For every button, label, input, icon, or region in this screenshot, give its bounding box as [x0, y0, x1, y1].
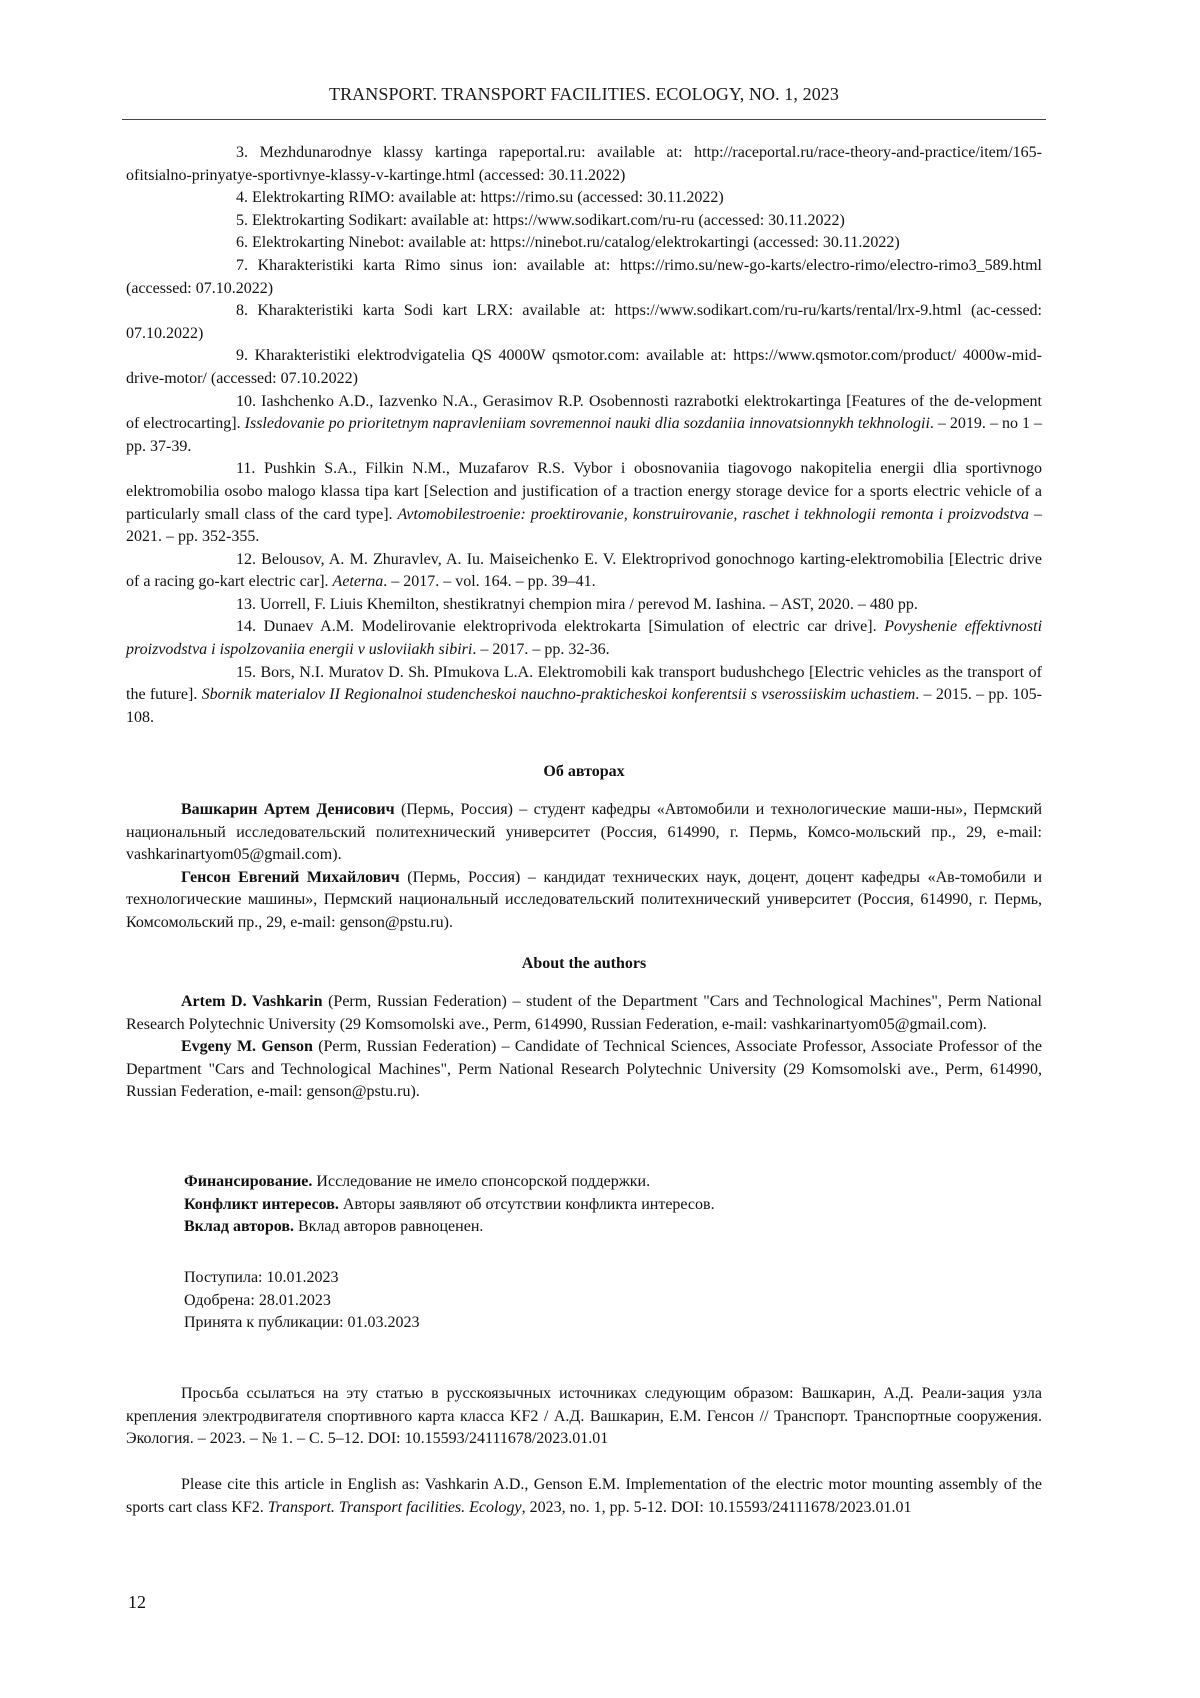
about-authors-ru: Вашкарин Артем Денисович (Пермь, Россия)…: [126, 799, 1042, 935]
author-bio: Artem D. Vashkarin (Perm, Russian Federa…: [126, 991, 1042, 1036]
page-number: 12: [128, 1592, 146, 1613]
author-name: Генсон Евгений Михайлович: [181, 869, 400, 886]
author-bio: Генсон Евгений Михайлович (Пермь, Россия…: [126, 867, 1042, 935]
author-name: Вашкарин Артем Денисович: [181, 801, 395, 818]
reference-item: 7. Kharakteristiki karta Rimo sinus ion:…: [126, 255, 1042, 300]
author-bio: Вашкарин Артем Денисович (Пермь, Россия)…: [126, 799, 1042, 867]
about-authors-en: Artem D. Vashkarin (Perm, Russian Federa…: [126, 991, 1042, 1104]
declarations: Финансирование. Исследование не имело сп…: [184, 1171, 1044, 1239]
author-name: Evgeny M. Genson: [181, 1038, 313, 1055]
citation-en: Please cite this article in English as: …: [126, 1474, 1042, 1519]
reference-item: 4. Elektrokarting RIMO: available at: ht…: [126, 187, 1042, 210]
declaration-conflict: Конфликт интересов. Авторы заявляют об о…: [184, 1194, 1044, 1217]
header-rule: [122, 119, 1046, 120]
reference-item: 14. Dunaev A.M. Modelirovanie elektropri…: [126, 616, 1042, 661]
about-authors-ru-title: Об авторах: [126, 763, 1042, 781]
running-head: TRANSPORT. TRANSPORT FACILITIES. ECOLOGY…: [126, 84, 1042, 105]
declaration-funding: Финансирование. Исследование не имело сп…: [184, 1171, 1044, 1194]
date-accepted: Принята к публикации: 01.03.2023: [184, 1312, 1044, 1335]
reference-item: 15. Bors, N.I. Muratov D. Sh. PImukova L…: [126, 662, 1042, 730]
reference-item: 8. Kharakteristiki karta Sodi kart LRX: …: [126, 300, 1042, 345]
reference-item: 13. Uorrell, F. Liuis Khemilton, shestik…: [126, 594, 1042, 617]
author-bio: Evgeny M. Genson (Perm, Russian Federati…: [126, 1036, 1042, 1104]
about-authors-en-title: About the authors: [126, 955, 1042, 973]
reference-item: 3. Mezhdunarodnye klassy kartinga rapepo…: [126, 142, 1042, 187]
citation-ru: Просьба ссылаться на эту статью в русско…: [126, 1383, 1042, 1451]
date-approved: Одобрена: 28.01.2023: [184, 1290, 1044, 1313]
reference-item: 6. Elektrokarting Ninebot: available at:…: [126, 232, 1042, 255]
reference-item: 11. Pushkin S.A., Filkin N.M., Muzafarov…: [126, 458, 1042, 548]
author-name: Artem D. Vashkarin: [181, 993, 322, 1010]
reference-item: 12. Belousov, A. M. Zhuravlev, A. Iu. Ma…: [126, 549, 1042, 594]
date-received: Поступила: 10.01.2023: [184, 1267, 1044, 1290]
reference-item: 9. Kharakteristiki elektrodvigatelia QS …: [126, 345, 1042, 390]
reference-item: 5. Elektrokarting Sodikart: available at…: [126, 210, 1042, 233]
article-dates: Поступила: 10.01.2023 Одобрена: 28.01.20…: [184, 1267, 1044, 1335]
reference-list: 3. Mezhdunarodnye klassy kartinga rapepo…: [126, 142, 1042, 729]
reference-item: 10. Iashchenko A.D., Iazvenko N.A., Gera…: [126, 391, 1042, 459]
declaration-contribution: Вклад авторов. Вклад авторов равноценен.: [184, 1216, 1044, 1239]
